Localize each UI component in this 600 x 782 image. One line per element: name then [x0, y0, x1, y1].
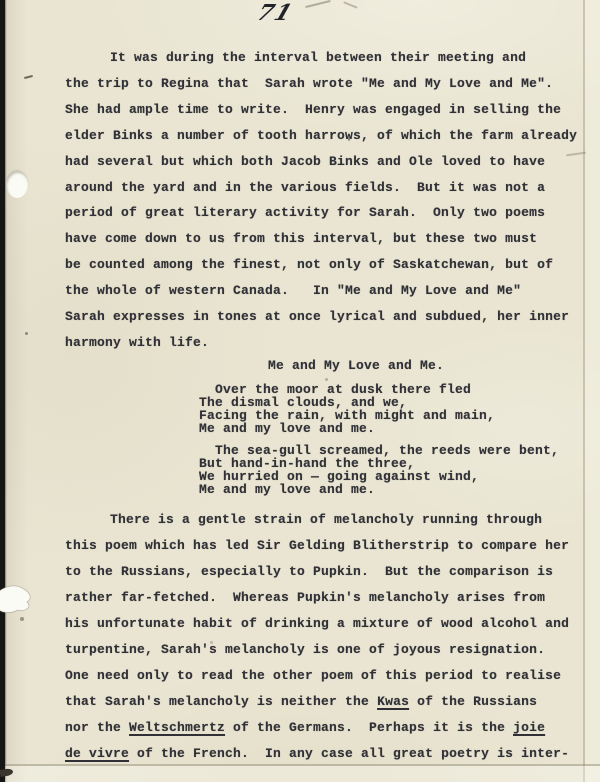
text-line: the whole of western Canada. In "Me and … [65, 278, 577, 304]
text-line: Sarah expresses in tones at once lyrical… [65, 304, 577, 330]
paper-speck [20, 617, 24, 621]
paragraph-2: There is a gentle strain of melancholy r… [65, 507, 569, 767]
text-line: around the yard and in the various field… [65, 175, 577, 201]
text-line: his unfortunate habit of drinking a mixt… [65, 611, 569, 637]
text-line: Me and my love and me. [199, 484, 559, 497]
text-line: be counted among the finest, not only of… [65, 252, 577, 278]
paper-speck [325, 378, 328, 381]
poem-stanza-2: The sea-gull screamed, the reeds were be… [199, 445, 559, 497]
page-edge-bottom [5, 766, 600, 782]
paper-speck [25, 332, 28, 335]
pencil-mark-icon [305, 0, 331, 8]
text-line: harmony with life. [65, 330, 577, 356]
text-line: nor the Weltschmertz of the Germans. Per… [65, 715, 569, 741]
pencil-dash-icon [24, 75, 33, 79]
text-line: this poem which has led Sir Gelding Blit… [65, 533, 569, 559]
text-line: There is a gentle strain of melancholy r… [65, 507, 569, 533]
text-line: that Sarah's melancholy is neither the K… [65, 689, 569, 715]
text-line: had several but which both Jacob Binks a… [65, 149, 577, 175]
text-line: It was during the interval between their… [65, 45, 577, 71]
poem-stanza-1: Over the moor at dusk there fledThe dism… [199, 384, 495, 436]
typewritten-page: 71 It was during the interval between th… [0, 0, 600, 782]
torn-punch-hole-icon [0, 582, 40, 620]
paper-speck [348, 137, 350, 141]
paper-speck [210, 641, 213, 644]
punch-hole-icon [6, 171, 28, 198]
text-line: turpentine, Sarah's melancholy is one of… [65, 637, 569, 663]
text-line: period of great literary activity for Sa… [65, 200, 577, 226]
text-line: have come down to us from this interval,… [65, 226, 577, 252]
paragraph-1: It was during the interval between their… [65, 45, 577, 356]
text-line: the trip to Regina that Sarah wrote "Me … [65, 71, 577, 97]
poem-title: Me and My Love and Me. [268, 358, 444, 373]
page-edge-right [585, 0, 600, 782]
pencil-mark-icon [343, 1, 358, 8]
text-line: One need only to read the other poem of … [65, 663, 569, 689]
text-line: rather far-fetched. Whereas Pupkin's mel… [65, 585, 569, 611]
text-line: elder Binks a number of tooth harrows, o… [65, 123, 577, 149]
text-line: to the Russians, especially to Pupkin. B… [65, 559, 569, 585]
text-line: Me and my love and me. [199, 423, 495, 436]
scan-edge-left [0, 0, 5, 782]
text-line: She had ample time to write. Henry was e… [65, 97, 577, 123]
page-number: 71 [253, 0, 297, 26]
